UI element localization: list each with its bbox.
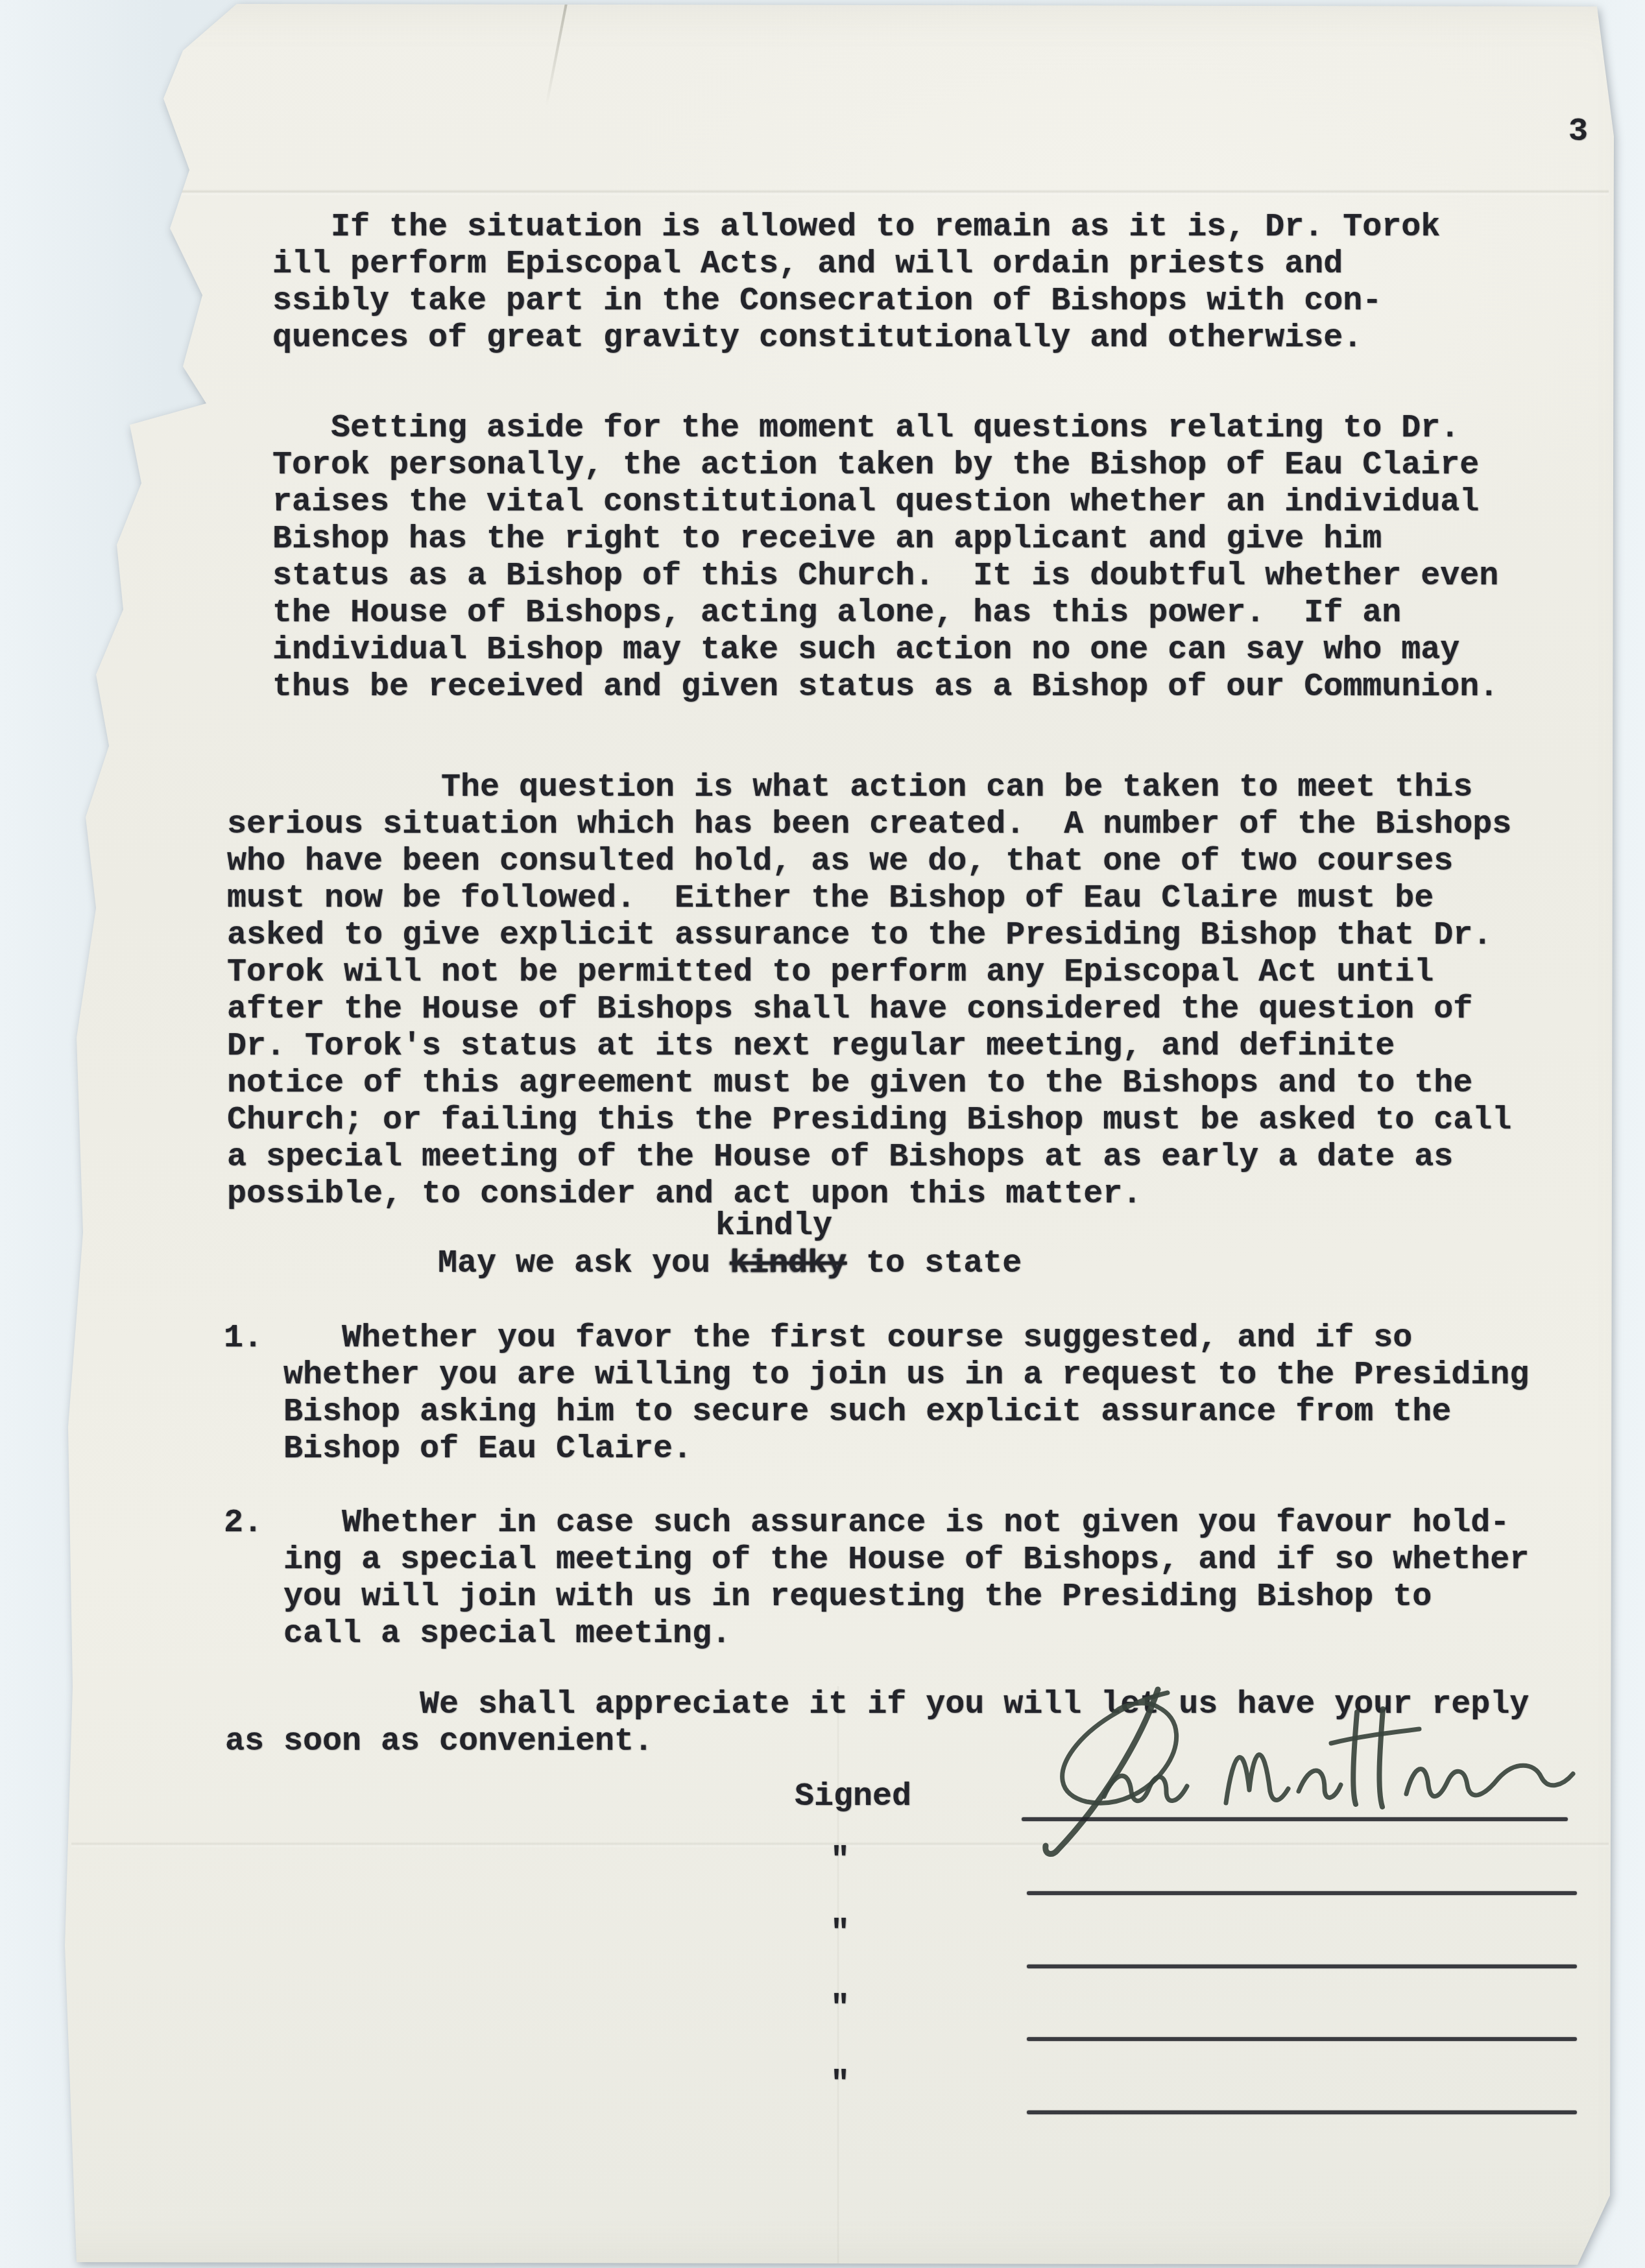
list-item-2-number: 2. (224, 1505, 263, 1542)
paragraph-torn-top: If the situation is allowed to remain as… (272, 209, 1440, 357)
paragraph-two-courses: The question is what action can be taken… (227, 769, 1511, 1213)
typed-insertion-kindly: kindly (715, 1208, 832, 1245)
paper-tear-mark (545, 1, 568, 106)
ditto-mark-2: " (830, 1915, 850, 1952)
ditto-mark-3: " (830, 1990, 850, 2027)
signature-line-1 (1022, 1817, 1568, 1821)
signature-line-2 (1027, 1891, 1577, 1895)
paper-crease (837, 1686, 839, 2263)
signature-line-4 (1027, 2037, 1577, 2041)
list-item-1-text: Whether you favor the first course sugge… (283, 1320, 1529, 1468)
signature-line-3 (1027, 1964, 1577, 1968)
ditto-mark-4: " (830, 2066, 850, 2103)
request-line-prefix: May we ask you (438, 1245, 730, 1282)
request-line-suffix: to state (847, 1245, 1022, 1282)
request-line: May we ask you kindky to state (438, 1245, 1022, 1282)
request-line-struck-word: kindky (730, 1245, 847, 1282)
signature-handwriting (863, 1667, 1602, 1861)
paper-crease (169, 189, 1609, 196)
ditto-mark-1: " (830, 1842, 850, 1879)
list-item-1-number: 1. (224, 1320, 263, 1357)
signature-line-5 (1027, 2110, 1577, 2114)
paragraph-constitutional-question: Setting aside for the moment all questio… (272, 410, 1498, 706)
page-number: 3 (1568, 113, 1588, 150)
scanned-letter-page: { "colors": { "background": "#e6edf0", "… (0, 0, 1645, 2268)
list-item-2-text: Whether in case such assurance is not gi… (283, 1505, 1529, 1653)
